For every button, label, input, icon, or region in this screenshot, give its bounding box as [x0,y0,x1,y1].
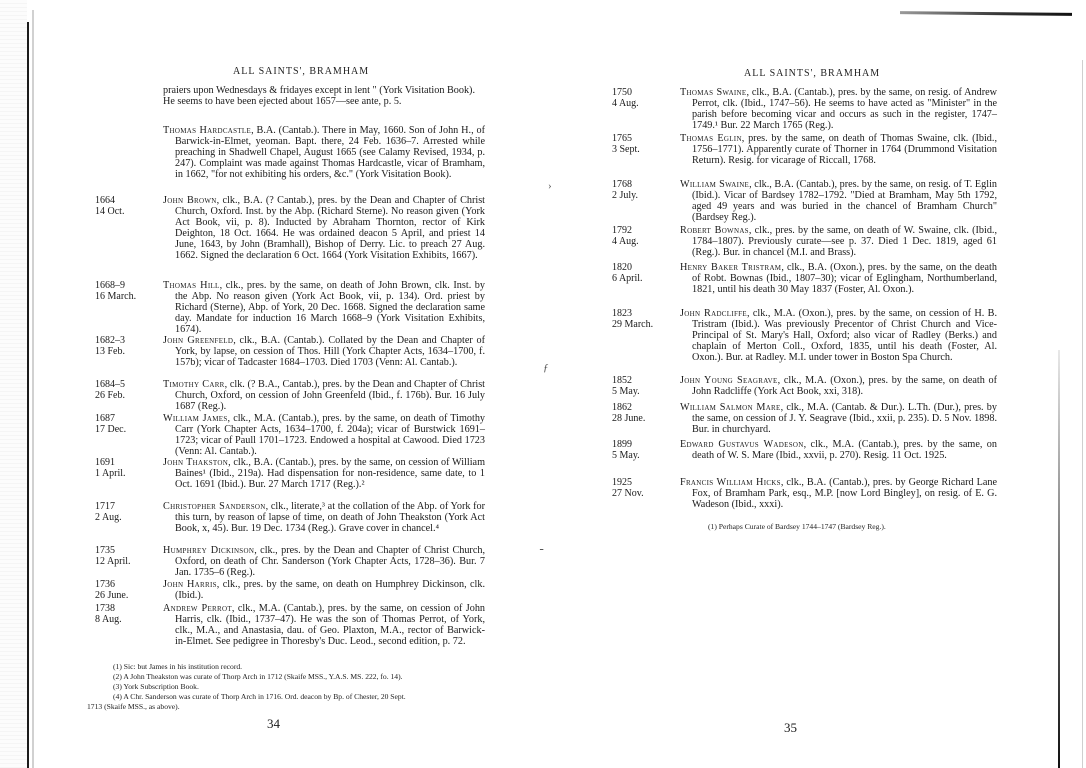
margin-mark: ـ [540,540,543,553]
entry-item: 186228 June. William Salmon Mare, clk., … [612,403,997,436]
page-number: 35 [784,720,797,736]
entry-item: 18525 May. John Young Seagrave, clk., M.… [612,376,997,398]
scan-edge-shadow [0,0,27,768]
entry-item: 173626 June. John Harris, clk., pres. by… [95,580,485,602]
book-edge-left-inner [32,10,34,768]
entry-item: 192527 Nov. Francis William Hicks, clk.,… [612,478,997,511]
entry-item: 182329 March. John Radcliffe, clk., M.A.… [612,309,997,364]
page-number: 34 [267,716,280,732]
entry-item: 17388 Aug. Andrew Perrot, clk., M.A. (Ca… [95,604,485,648]
entry-item: 1668–916 March. Thomas Hill, clk., pres.… [95,281,485,336]
footnotes: (1) Perhaps Curate of Bardsey 1744–1747 … [690,522,1010,532]
entry-item: 18995 May. Edward Gustavus Wadeson, clk.… [612,440,997,462]
entry-item: 17682 July. William Swaine, clk., B.A. (… [612,180,997,224]
entry-item: 17924 Aug. Robert Bownas, clk., pres. by… [612,226,997,259]
entry-item: 168717 Dec. William James, clk., M.A. (C… [95,414,485,458]
entry-item: 16911 April. John Thakston, clk., B.A. (… [95,458,485,491]
book-edge-right-outer [1082,60,1083,768]
entry-item: 166414 Oct. John Brown, clk., B.A. (? Ca… [95,196,485,261]
book-edge-left [27,22,29,768]
margin-mark: ƒ [543,362,549,374]
entry-item: 18206 April. Henry Baker Tristram, clk.,… [612,263,997,296]
entry-item: 17172 Aug. Christopher Sanderson, clk., … [95,502,485,535]
entry-item: 173512 April. Humphrey Dickinson, clk., … [95,546,485,579]
running-head: ALL SAINTS', BRAMHAM [744,68,880,79]
entry-item: Thomas Hardcastle, B.A. (Cantab.). There… [95,126,485,181]
book-edge-right [1058,350,1060,768]
footnotes: (1) Sic: but James in his institution re… [95,662,495,712]
entry-item: 1682–313 Feb. John Greenfeld, clk., B.A.… [95,336,485,369]
entry-item: 17653 Sept. Thomas Eglin, pres. by the s… [612,134,997,167]
running-head: ALL SAINTS', BRAMHAM [233,66,369,77]
entry-item: 17504 Aug. Thomas Swaine, clk., B.A. (Ca… [612,88,997,132]
continuation-paragraph: praiers upon Wednesdays & fridayes excep… [95,86,475,108]
book-edge-top-right [900,11,1072,16]
margin-mark: › [548,180,552,192]
entry-item: 1684–526 Feb. Timothy Carr, clk. (? B.A.… [95,380,485,413]
